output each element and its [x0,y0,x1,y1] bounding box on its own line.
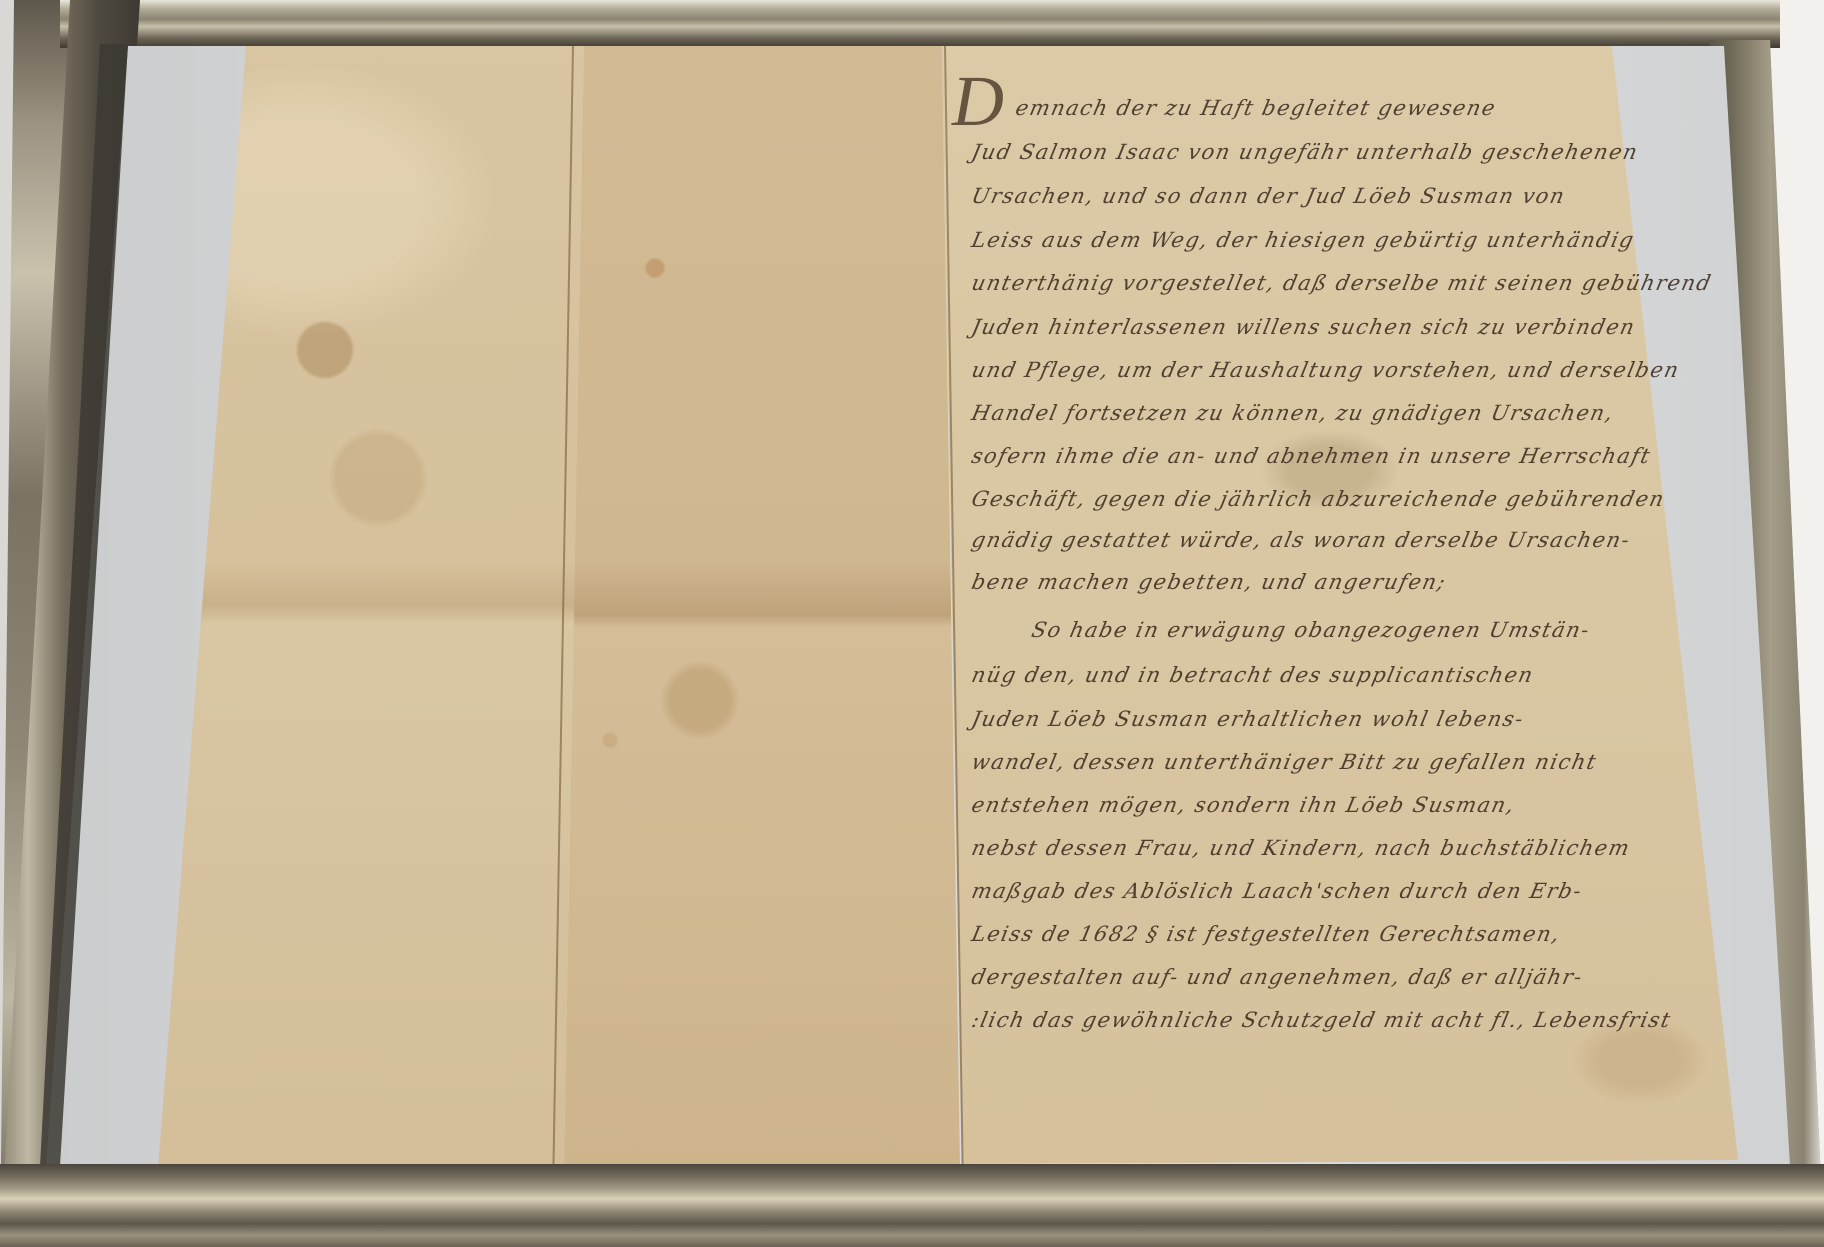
text-line: entstehen mögen, sondern ihn Löeb Susman… [969,793,1517,817]
text-line: Ursachen, und so dann der Jud Löeb Susma… [969,184,1567,208]
text-line: :lich das gewöhnliche Schutzgeld mit ach… [969,1008,1673,1032]
text-line: gnädig gestattet würde, als woran dersel… [969,528,1632,552]
text-line: unterthänig vorgestellet, daß derselbe m… [969,271,1714,295]
text-line: Geschäft, gegen die jährlich abzureichen… [969,487,1667,511]
text-line: Jud Salmon Isaac von ungefähr unterhalb … [969,140,1640,164]
text-line: bene machen gebetten, und angerufen; [969,570,1448,594]
framed-document: D emnach der zu Haft begleitet gewesene … [0,0,1824,1247]
text-line: Juden hinterlassenen willens suchen sich… [969,315,1638,339]
text-line: Leiss aus dem Weg, der hiesigen gebürtig… [969,228,1637,252]
decorated-initial: D [952,60,1004,143]
text-line: sofern ihme die an- und abnehmen in unse… [969,444,1653,468]
frame-bottom-rail [0,1164,1824,1247]
text-line: emnach der zu Haft begleitet gewesene [1013,96,1498,120]
text-line: und Pflege, um der Haushaltung vorstehen… [969,358,1682,382]
text-line: wandel, dessen unterthäniger Bitt zu gef… [969,750,1599,774]
text-line: maßgab des Ablöslich Laach'schen durch d… [969,879,1584,903]
text-line: nüg den, und in betracht des supplicanti… [969,663,1536,687]
text-line: So habe in erwägung obangezogenen Umstän… [1029,618,1592,642]
text-line: Handel fortsetzen zu können, zu gnädigen… [969,401,1616,425]
text-line: nebst dessen Frau, und Kindern, nach buc… [969,836,1632,860]
text-line: Juden Löeb Susman erhaltlichen wohl lebe… [969,707,1526,731]
text-line: dergestalten auf- und angenehmen, daß er… [969,965,1585,989]
text-line: Leiss de 1682 § ist festgestellten Gerec… [969,922,1563,946]
